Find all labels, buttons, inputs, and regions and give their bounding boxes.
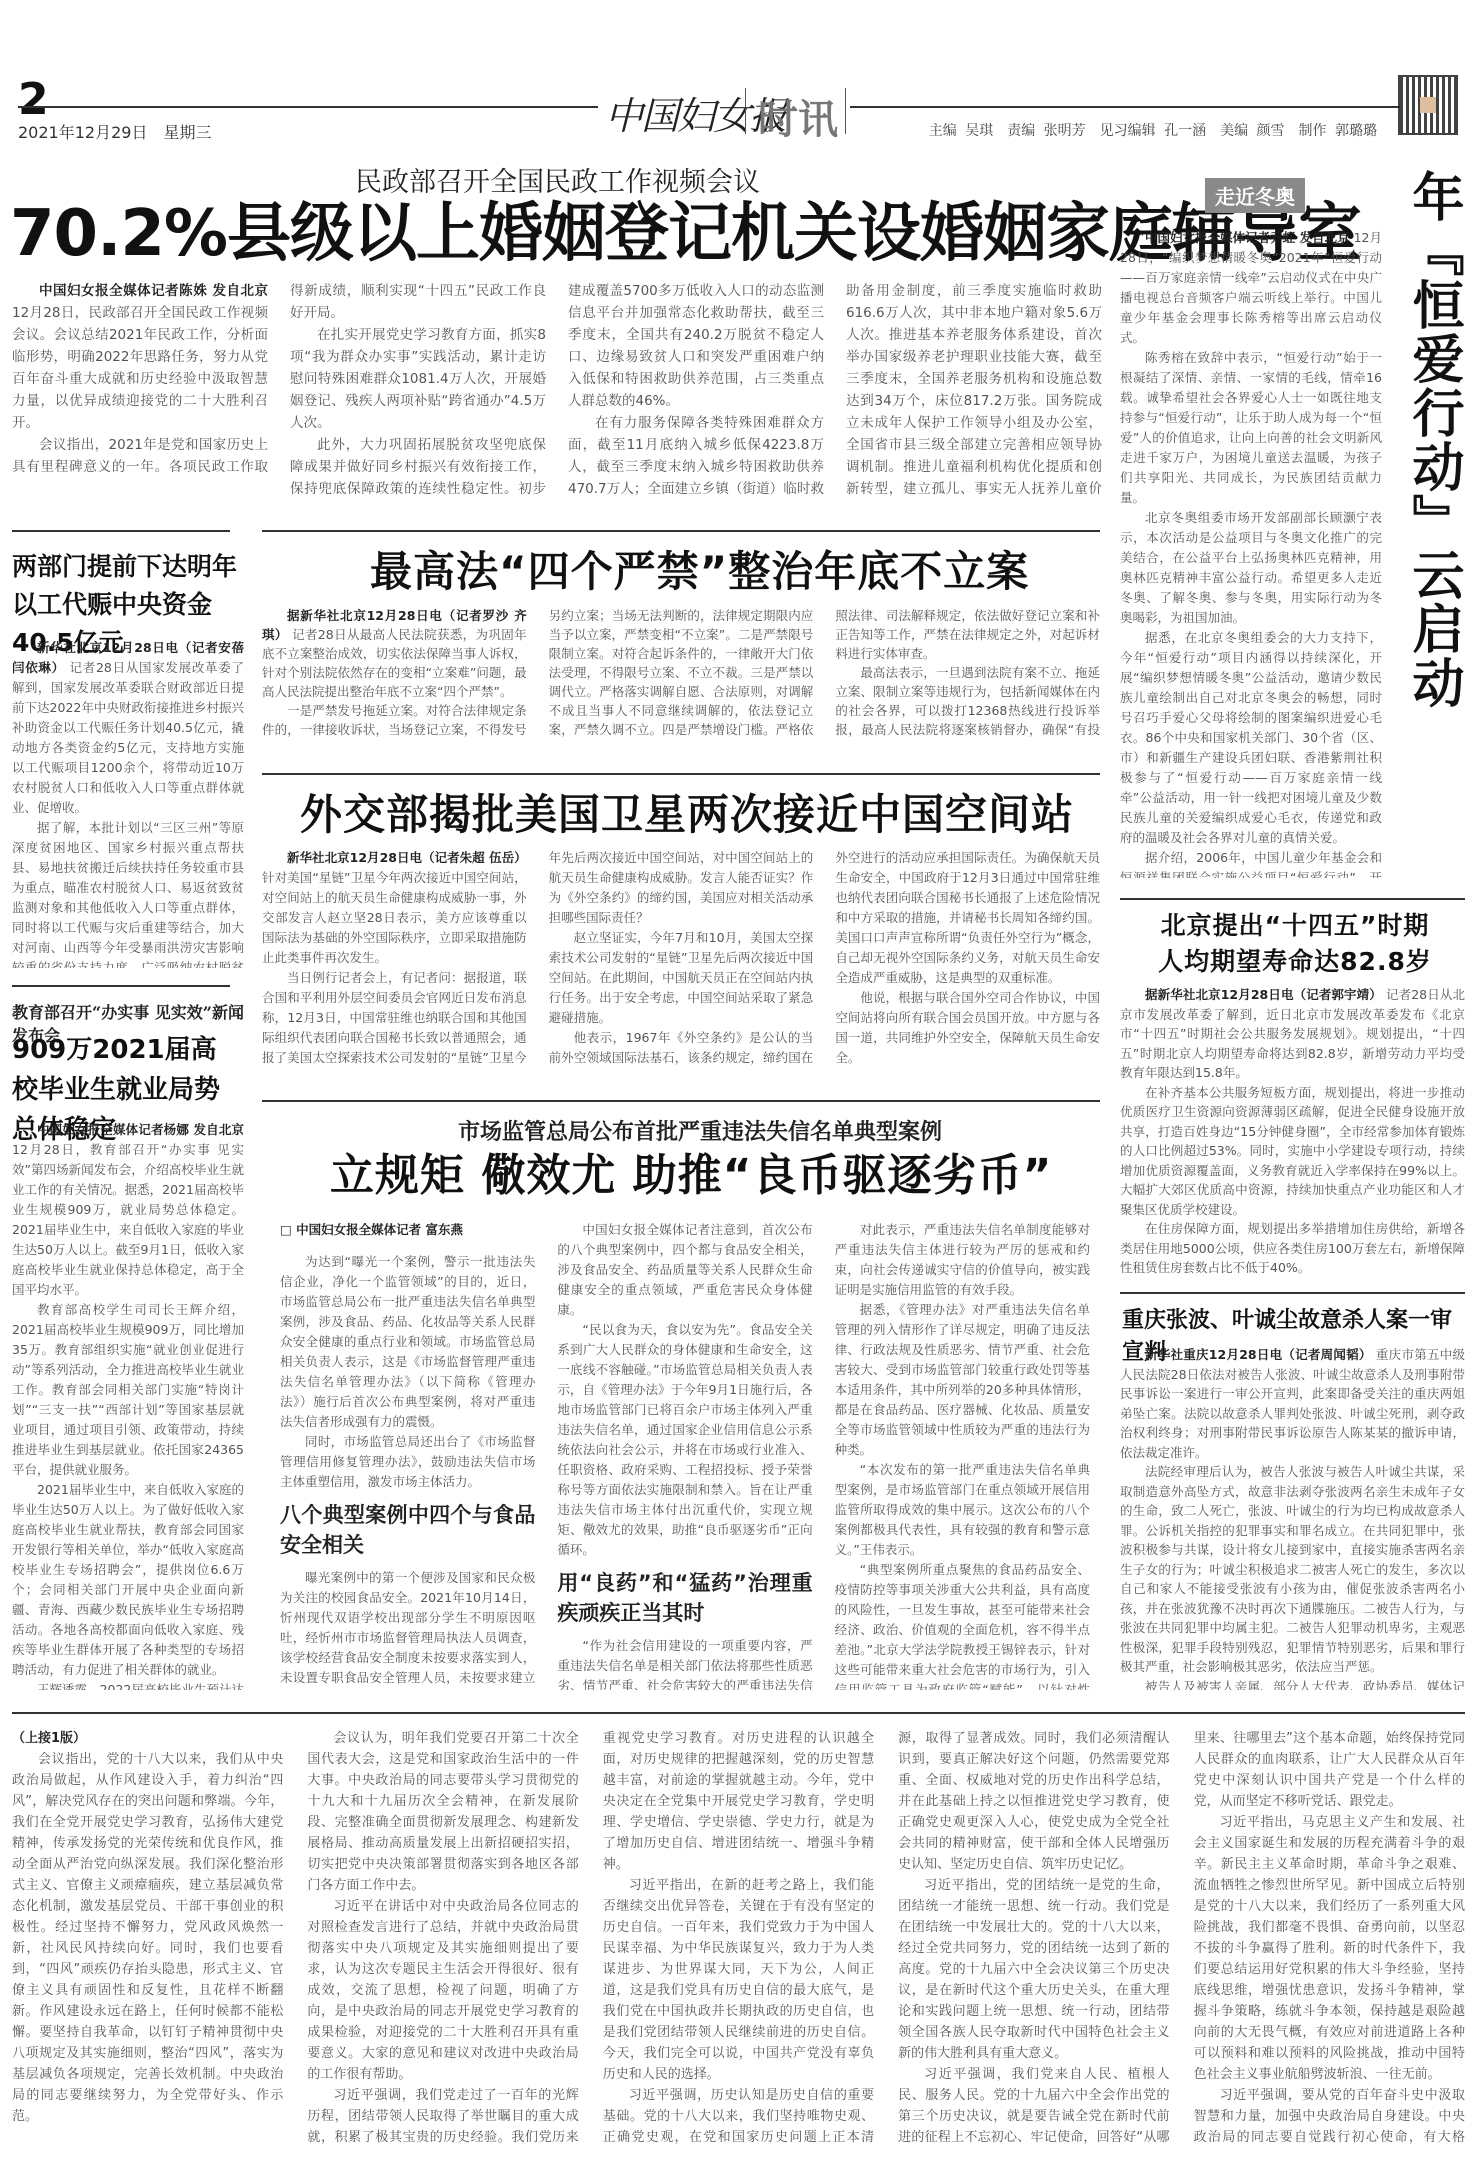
header-separator [745,88,746,134]
court-story-headline[interactable]: 最高法“四个严禁”整治年底不立案 [370,545,1029,599]
subhead-food-safety: 八个典型案例中四个与食品安全相关 [280,1500,535,1560]
continuation-divider [12,1712,1465,1714]
left-article-1-body: 新华社北京12月28日电（记者安蓓 闫依琳） 记者28日从国家发展改革委了解到，… [12,638,244,968]
header-rule-left [18,106,598,108]
section-title: 时讯 [758,88,838,145]
section-divider [262,530,1100,532]
page-number: 2 [18,78,49,122]
market-story-body: □ 中国妇女报全媒体记者 富东燕 为达到“曝光一个案例，警示一批违法失信企业，净… [280,1220,1090,1690]
section-divider [12,530,230,532]
section-divider [262,1100,1100,1102]
header-rule-right [850,106,1400,108]
market-story-column-2: 中国妇女报全媒体记者注意到，首次公布的八个典型案例中，四个都与食品安全相关，涉及… [557,1220,812,1690]
market-story-column-3: 对此表示，严重违法失信名单制度能够对严重违法失信主体进行较为严厉的惩戒和约束，向… [835,1220,1090,1690]
top-story-deck: 民政部召开全国民政工作视频会议 [355,160,760,199]
foreign-story-body: 新华社北京12月28日电（记者朱超 伍岳） 针对美国“星链”卫星今年两次接近中国… [262,848,1100,1078]
byline: 中国妇女报全媒体记者陈姝 发自北京 [39,283,268,299]
market-story-column-1: □ 中国妇女报全媒体记者 富东燕 为达到“曝光一个案例，警示一批违法失信企业，净… [280,1220,535,1690]
continuation-label: （上接1版） [12,1728,283,1749]
court-story-body: 据新华社北京12月28日电（记者罗沙 齐琪） 记者28日从最高人民法院获悉，为巩… [262,606,1100,751]
left-article-2-body: 中国妇女报全媒体记者杨娜 发自北京 12月28日，教育部召开“办实事 见实效”第… [12,1120,244,1690]
subhead-good-medicine: 用“良药”和“猛药”治理重疾顽疾正当其时 [557,1568,812,1628]
byline: 中国妇女报全媒体记者杨娜 发自北京 [37,1122,244,1137]
market-story-deck: 市场监管总局公布首批严重违法失信名单典型案例 [458,1115,942,1146]
header-separator [845,88,846,134]
section-divider [1120,1292,1465,1294]
olympics-vertical-headline[interactable]: 『编织梦想 情暖冬奥』2021年『恒爱行动』云启动 [1398,170,1472,890]
byline: 据新华社北京12月28日电（记者郭宇靖） [1145,987,1382,1002]
section-tag-winter-olympics: 走近冬奥 [1205,178,1305,213]
olympics-article-body: 中国妇女报全媒体记者乔虹 发自北京 12月28日，“编织梦想情暖冬奥”2021年… [1120,228,1382,878]
section-divider [1120,898,1465,900]
byline: 新华社北京12月28日电（记者朱超 伍岳） [287,850,527,865]
chongqing-story-body: 新华社重庆12月28日电（记者周闻韬） 重庆市第五中级人民法院28日依法对被告人… [1120,1345,1465,1690]
byline: □ 中国妇女报全媒体记者 富东燕 [280,1220,535,1240]
market-story-headline[interactable]: 立规矩 儆效尤 助推“良币驱逐劣币” [330,1148,1052,1204]
issue-date: 2021年12月29日 星期三 [18,120,211,143]
section-divider [262,773,1100,775]
byline: 中国妇女报全媒体记者乔虹 发自北京 [1145,230,1350,245]
foreign-story-headline[interactable]: 外交部揭批美国卫星两次接近中国空间站 [300,788,1074,842]
continuation-body: （上接1版） 会议指出，党的十八大以来，我们从中央政治局做起，从作风建设入手，着… [12,1728,1465,2158]
beijing-story-body: 据新华社北京12月28日电（记者郭宇靖） 记者28日从北京市发展改革委了解到，近… [1120,985,1465,1275]
byline: 新华社重庆12月28日电（记者周闻韬） [1145,1347,1372,1362]
editorial-staff: 主编 吴琪 责编 张明芳 见习编辑 孔一涵 美编 颜雪 制作 郭璐璐 [929,120,1377,140]
top-story-body: 中国妇女报全媒体记者陈姝 发自北京 12月28日，民政部召开全国民政工作视频会议… [12,280,1102,510]
beijing-story-headline[interactable]: 北京提出“十四五”时期人均期望寿命达82.8岁 [1150,908,1440,980]
qr-code-icon[interactable] [1398,75,1458,135]
section-divider [12,985,230,987]
